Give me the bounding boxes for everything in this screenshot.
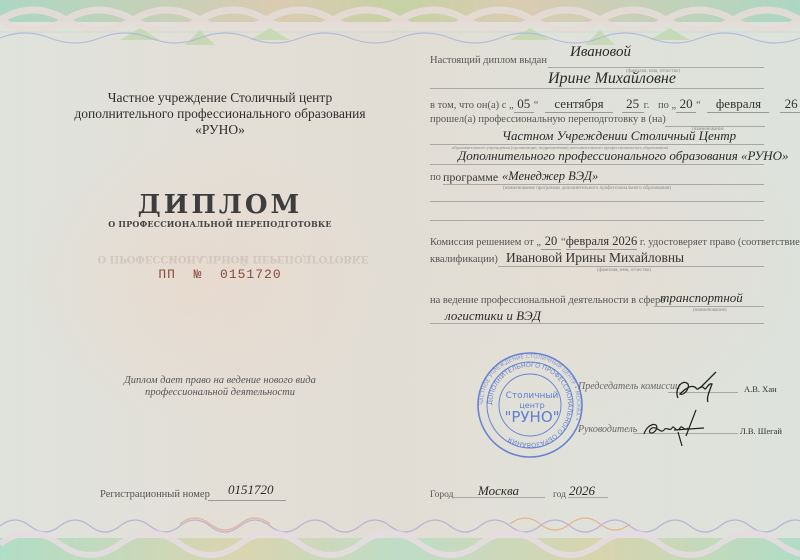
qualification-hint: (фамилия, имя, отчество) [597, 268, 651, 273]
blank-line-2 [430, 220, 764, 221]
number-sign: № [194, 267, 203, 282]
year-suffix: г. [644, 100, 650, 111]
start-year: 25 [622, 96, 644, 113]
year-value: 2026 [569, 483, 595, 499]
passed-label: прошел(а) профессиональную переподготовк… [430, 114, 666, 125]
series-label: ПП [158, 267, 176, 282]
head-name: Л.В. Шегай [740, 426, 782, 436]
org-name-line-2: Дополнительного профессионального образо… [458, 148, 789, 164]
commission-suffix: г. удостоверяет право (соответствие [640, 237, 800, 248]
commission-row: Комиссия решением от „20“февраля 2026 г.… [430, 234, 800, 250]
city-label: Город [430, 490, 453, 500]
institution-line-2: дополнительного профессионального образо… [60, 106, 380, 138]
diploma-series-number: ПП № 0151720 [60, 267, 380, 282]
program-hint: (наименование программы дополнительного … [503, 186, 671, 191]
blank-line-1 [430, 201, 764, 202]
city-value: Москва [478, 483, 519, 499]
start-month: сентября [545, 96, 613, 113]
program-label: программе [443, 170, 498, 185]
issued-label: Настоящий диплом выдан [430, 55, 547, 66]
period-prefix: в том, что он(а) с [430, 100, 506, 111]
org-name-line-1: Частном Учреждении Столичный Центр [502, 128, 736, 144]
start-day: 05 [514, 96, 534, 113]
end-day: 20 [676, 96, 696, 113]
end-year: 26 [780, 96, 800, 113]
activity-hint: (наименование) [693, 308, 727, 313]
year-label: год [553, 490, 566, 500]
rights-statement: Диплом дает право на ведение нового вида… [60, 375, 380, 399]
program-prefix: по [430, 172, 441, 183]
period-row: в том, что он(а) с „05“ сентября 25г. по… [430, 96, 800, 113]
commission-prefix: Комиссия решением от [430, 237, 534, 248]
commission-month-year: февраля 2026 [566, 234, 638, 250]
diploma-title: ДИПЛОМ [60, 190, 380, 220]
institution-name: Частное учреждение Столичный центр допол… [60, 90, 380, 138]
to-label: по [658, 100, 669, 111]
activity-value-2: логистики и ВЭД [445, 308, 541, 324]
name-line [430, 88, 764, 89]
head-label: Руководитель [578, 424, 637, 435]
surname-line [548, 67, 764, 68]
chair-name: А.В. Хан [744, 384, 777, 394]
activity-label: на ведение профессиональной деятельности… [430, 295, 665, 306]
stamp-line-3: "РУНО" [504, 408, 559, 426]
registration-number: 0151720 [228, 482, 274, 498]
watermark-mirror-text: О ПРОФЕССИОНАЛЬНОЙ ПЕРЕПОДГОТОВКЕ [88, 253, 378, 264]
registration-line [208, 500, 286, 501]
chair-label: Председатель комиссии [578, 381, 680, 392]
qualification-name: Ивановой Ирины Михайловны [506, 250, 684, 266]
recipient-surname: Ивановой [570, 44, 631, 61]
rights-line-1: Диплом дает право на ведение нового вида [60, 375, 380, 387]
head-signature [638, 408, 708, 448]
quote-close: “ [696, 100, 701, 111]
activity-line-2 [430, 323, 764, 324]
top-guilloche-border [0, 0, 800, 50]
qualification-line [498, 266, 764, 267]
recipient-name: Ирине Михайловне [548, 70, 676, 88]
diploma-document: Частное учреждение Столичный центр допол… [0, 0, 800, 560]
bottom-guilloche-border [0, 504, 800, 560]
chair-signature [670, 368, 720, 404]
series-number: 0151720 [220, 267, 282, 282]
program-line [443, 184, 764, 185]
program-value: «Менеджер ВЭД» [502, 169, 598, 184]
institution-line-1: Частное учреждение Столичный центр [60, 90, 380, 106]
org-line-2-rule [430, 164, 764, 165]
stamp-line-1: Столичный [506, 391, 559, 401]
qualification-label: квалификации) [430, 254, 498, 265]
rights-line-2: профессиональной деятельности [60, 387, 380, 399]
official-stamp: ДОПОЛНИТЕЛЬНОГО ПРОФЕССИОНАЛЬНОГО ОБРАЗО… [475, 350, 585, 460]
registration-label: Регистрационный номер [100, 489, 210, 500]
diploma-subtitle: О ПРОФЕССИОНАЛЬНОЙ ПЕРЕПОДГОТОВКЕ [60, 219, 380, 229]
end-month: февраля [707, 96, 769, 113]
activity-line-1 [654, 306, 764, 307]
commission-day: 20 [541, 234, 561, 250]
activity-value-1: транспортной [660, 290, 743, 306]
quote-close: “ [534, 100, 539, 111]
